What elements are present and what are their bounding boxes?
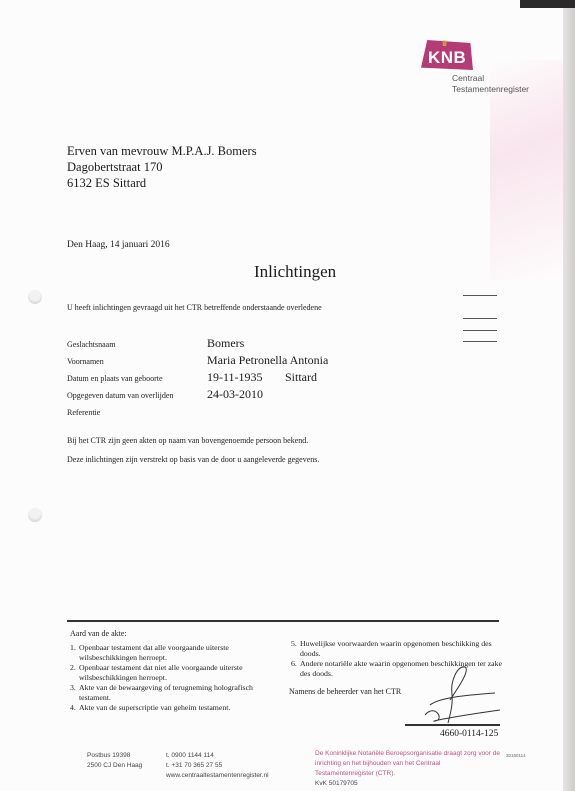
- akte-heading: Aard van de akte:: [70, 629, 127, 638]
- divider: [67, 620, 499, 622]
- reference-number: 4660-0114-125: [440, 729, 498, 739]
- intro-text: U heeft inlichtingen gevraagd uit het CT…: [67, 303, 322, 312]
- akte-item: 5.Huwelijkse voorwaarden waarin opgenome…: [291, 639, 511, 659]
- crown-icon: ♛: [441, 40, 448, 48]
- reference-divider: [405, 724, 500, 726]
- punch-hole: [28, 508, 42, 522]
- akte-item: 1.Openbaar testament dat alle voorgaande…: [70, 643, 280, 663]
- recipient-street: Dagobertstraat 170: [67, 159, 257, 175]
- akte-item: 2.Openbaar testament dat niet alle voorg…: [70, 663, 280, 683]
- logo-text: KNB: [428, 48, 466, 68]
- note-no-deeds: Bij het CTR zijn geen akten op naam van …: [67, 436, 308, 445]
- page-title: Inlichtingen: [254, 262, 336, 282]
- akte-item: 3.Akte van de bewaargeving of terugnemin…: [70, 683, 280, 703]
- footer-org: De Koninklijke Notariële Beroepsorganisa…: [315, 749, 500, 789]
- recipient-city: 6132 ES Sittard: [67, 175, 257, 191]
- footer-contact: t. 0900 1144 114 t. +31 70 365 27 55 www…: [166, 751, 269, 781]
- akte-list: 1.Openbaar testament dat alle voorgaande…: [70, 643, 280, 713]
- recipient-address: Erven van mevrouw M.P.A.J. Bomers Dagobe…: [67, 143, 257, 191]
- akte-item: 4.Akte van de superscriptie van geheim t…: [70, 703, 280, 713]
- date-line: Den Haag, 14 januari 2016: [67, 240, 170, 250]
- punch-hole: [28, 290, 42, 304]
- signature: [420, 665, 510, 725]
- website-link[interactable]: www.centraaltestamentenregister.nl: [166, 771, 269, 781]
- signoff: Namens de beheerder van het CTR: [289, 687, 401, 696]
- recipient-name: Erven van mevrouw M.P.A.J. Bomers: [67, 143, 257, 159]
- footer-code: 30160114: [506, 751, 526, 761]
- scan-top-edge: [520, 0, 575, 8]
- logo-subtitle: Centraal Testamentenregister: [452, 73, 529, 95]
- note-basis: Deze inlichtingen zijn verstrekt op basi…: [67, 455, 319, 464]
- footer-postal: Postbus 19398 2500 CJ Den Haag: [87, 751, 142, 771]
